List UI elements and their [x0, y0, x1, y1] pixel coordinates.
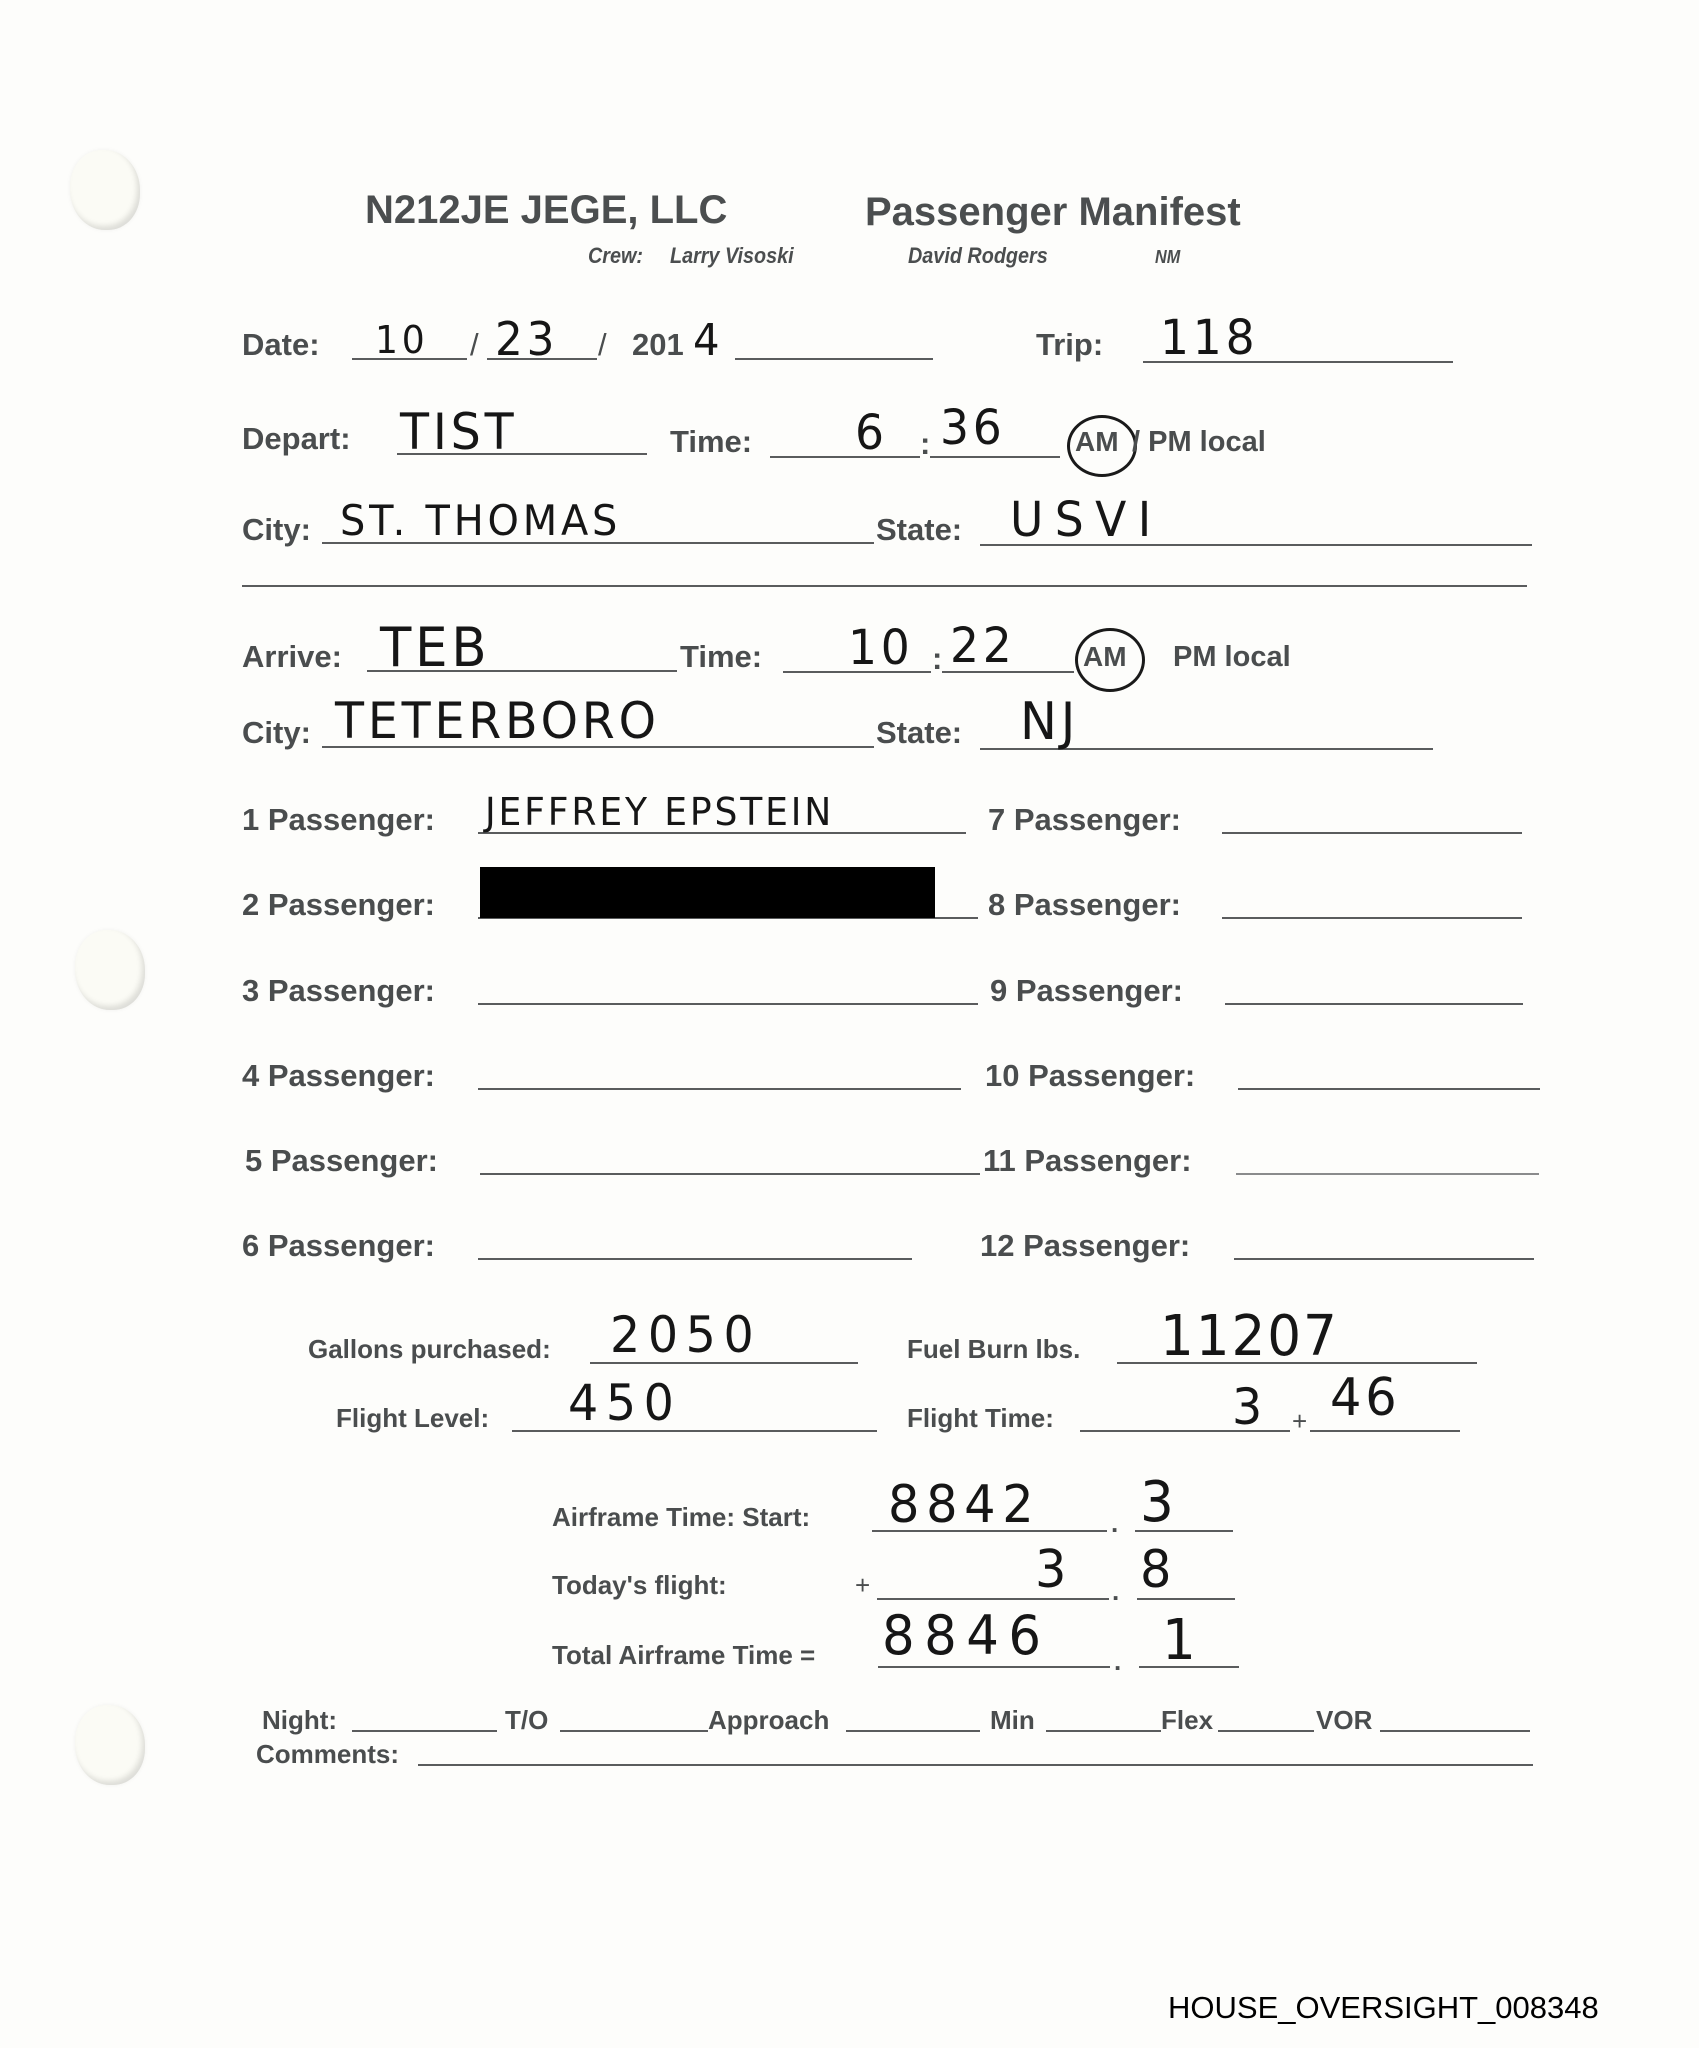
vor-label: VOR: [1316, 1705, 1372, 1736]
crew-member-3: NM: [1155, 247, 1180, 268]
passenger-12-label: 12 Passenger:: [980, 1228, 1190, 1264]
flight-level-line: [512, 1430, 877, 1432]
flight-level-label: Flight Level:: [336, 1403, 489, 1434]
date-year-line: [735, 358, 933, 360]
passenger-7-line[interactable]: [1222, 832, 1522, 834]
airframe-start-dot: .: [1111, 1508, 1118, 1539]
passenger-9-line[interactable]: [1225, 1003, 1523, 1005]
depart-city-label: City:: [242, 512, 311, 548]
depart-state-value[interactable]: USVI: [1010, 492, 1163, 548]
min-label: Min: [990, 1705, 1035, 1736]
arrive-am-option[interactable]: AM: [1083, 641, 1127, 673]
passenger-1-label: 1 Passenger:: [242, 802, 435, 838]
todays-flight-dot: .: [1112, 1576, 1119, 1607]
arrive-hour-value[interactable]: 10: [848, 620, 914, 676]
passenger-11-line[interactable]: [1236, 1173, 1539, 1175]
passenger-8-line[interactable]: [1222, 917, 1522, 919]
todays-flight-whole-line: [877, 1598, 1109, 1600]
passenger-9-label: 9 Passenger:: [990, 973, 1183, 1009]
passenger-4-label: 4 Passenger:: [242, 1058, 435, 1094]
depart-city-value[interactable]: ST. THOMAS: [340, 496, 621, 545]
approach-line[interactable]: [846, 1730, 980, 1732]
depart-time-label: Time:: [670, 424, 752, 460]
night-label: Night:: [262, 1705, 337, 1736]
flight-time-minutes-line: [1310, 1430, 1460, 1432]
date-sep-2: /: [598, 327, 607, 363]
date-label: Date:: [242, 327, 320, 363]
passenger-4-line[interactable]: [478, 1088, 961, 1090]
passenger-7-label: 7 Passenger:: [988, 802, 1181, 838]
todays-flight-whole-value[interactable]: 3: [1035, 1540, 1070, 1600]
crew-member-2: David Rodgers: [908, 243, 1048, 269]
todays-flight-label: Today's flight:: [552, 1570, 727, 1601]
arrive-state-label: State:: [876, 715, 962, 751]
depart-am-option[interactable]: AM: [1075, 426, 1119, 458]
total-airframe-tenth-value[interactable]: 1: [1162, 1608, 1200, 1673]
passenger-5-label: 5 Passenger:: [245, 1143, 438, 1179]
hole-punch-bottom: [75, 1705, 145, 1785]
total-airframe-dot: .: [1114, 1646, 1121, 1677]
total-airframe-label: Total Airframe Time =: [552, 1640, 815, 1671]
arrive-city-label: City:: [242, 715, 311, 751]
depart-time-colon: :: [920, 426, 930, 462]
date-sep-1: /: [470, 327, 479, 363]
arrive-value[interactable]: TEB: [380, 616, 490, 679]
airframe-start-tenth-value[interactable]: 3: [1140, 1470, 1178, 1535]
depart-hour-line: [770, 456, 920, 458]
fuel-burn-value[interactable]: 11207: [1160, 1304, 1339, 1369]
comments-label: Comments:: [256, 1739, 399, 1770]
arrive-label: Arrive:: [242, 639, 342, 675]
date-year-digit[interactable]: 4: [693, 315, 723, 366]
comments-line[interactable]: [418, 1764, 1533, 1766]
passenger-2-redaction: [480, 867, 935, 918]
flight-time-minutes-value[interactable]: 46: [1330, 1368, 1400, 1428]
crew-label: Crew:: [588, 243, 643, 269]
depart-hour-value[interactable]: 6: [855, 405, 888, 461]
passenger-2-label: 2 Passenger:: [242, 887, 435, 923]
hole-punch-middle: [75, 930, 145, 1010]
depart-minute-line: [930, 456, 1060, 458]
arrive-state-value[interactable]: NJ: [1020, 692, 1079, 752]
passenger-10-line[interactable]: [1238, 1088, 1540, 1090]
form-title: Passenger Manifest: [865, 190, 1241, 235]
passenger-3-label: 3 Passenger:: [242, 973, 435, 1009]
depart-minute-value[interactable]: 36: [940, 400, 1006, 456]
arrive-time-label: Time:: [680, 639, 762, 675]
arrive-minute-value[interactable]: 22: [950, 618, 1016, 674]
fuel-burn-label: Fuel Burn lbs.: [907, 1334, 1080, 1365]
depart-label: Depart:: [242, 421, 351, 457]
todays-flight-tenth-value[interactable]: 8: [1140, 1540, 1175, 1600]
flight-time-hours-value[interactable]: 3: [1232, 1378, 1266, 1436]
total-airframe-whole-value[interactable]: 8846: [882, 1604, 1051, 1667]
trip-value[interactable]: 118: [1160, 310, 1258, 366]
passenger-10-label: 10 Passenger:: [985, 1058, 1195, 1094]
arrive-city-value[interactable]: TETERBORO: [335, 692, 660, 750]
min-line[interactable]: [1046, 1730, 1161, 1732]
flight-time-label: Flight Time:: [907, 1403, 1054, 1434]
airframe-start-label: Airframe Time: Start:: [552, 1502, 810, 1533]
arrive-pm-local[interactable]: PM local: [1173, 641, 1291, 674]
gallons-value[interactable]: 2050: [610, 1306, 761, 1364]
gallons-label: Gallons purchased:: [308, 1334, 551, 1365]
flight-time-plus: +: [1292, 1406, 1307, 1437]
passenger-3-line[interactable]: [478, 1003, 978, 1005]
hole-punch-top: [70, 150, 140, 230]
depart-pm-local[interactable]: / PM local: [1132, 426, 1266, 459]
crew-member-1: Larry Visoski: [670, 243, 794, 269]
depart-value[interactable]: TIST: [400, 403, 517, 461]
passenger-5-line[interactable]: [480, 1173, 980, 1175]
flex-line[interactable]: [1218, 1730, 1314, 1732]
flex-label: Flex: [1161, 1705, 1213, 1736]
night-line[interactable]: [352, 1730, 497, 1732]
passenger-6-line[interactable]: [478, 1258, 912, 1260]
takeoff-label: T/O: [505, 1705, 548, 1736]
flight-level-value[interactable]: 450: [568, 1374, 681, 1432]
date-day-value[interactable]: 23: [495, 312, 558, 366]
passenger-12-line[interactable]: [1234, 1258, 1534, 1260]
date-month-value[interactable]: 10: [375, 318, 429, 362]
depart-state-label: State:: [876, 512, 962, 548]
date-year-prefix: 201: [632, 327, 684, 363]
blank-separator-line: [242, 585, 1527, 587]
arrive-time-colon: :: [932, 641, 942, 677]
passenger-1-value[interactable]: JEFFREY EPSTEIN: [485, 790, 834, 834]
takeoff-line[interactable]: [560, 1730, 708, 1732]
trip-label: Trip:: [1036, 327, 1103, 363]
tail-company-title: N212JE JEGE, LLC: [365, 188, 727, 233]
passenger-11-label: 11 Passenger:: [983, 1143, 1192, 1179]
passenger-8-label: 8 Passenger:: [988, 887, 1181, 923]
todays-flight-plus: +: [855, 1570, 870, 1601]
vor-line[interactable]: [1380, 1730, 1530, 1732]
airframe-start-whole-value[interactable]: 8842: [888, 1475, 1040, 1535]
passenger-6-label: 6 Passenger:: [242, 1228, 435, 1264]
approach-label: Approach: [708, 1705, 829, 1736]
bates-stamp: HOUSE_OVERSIGHT_008348: [1168, 1990, 1599, 2026]
